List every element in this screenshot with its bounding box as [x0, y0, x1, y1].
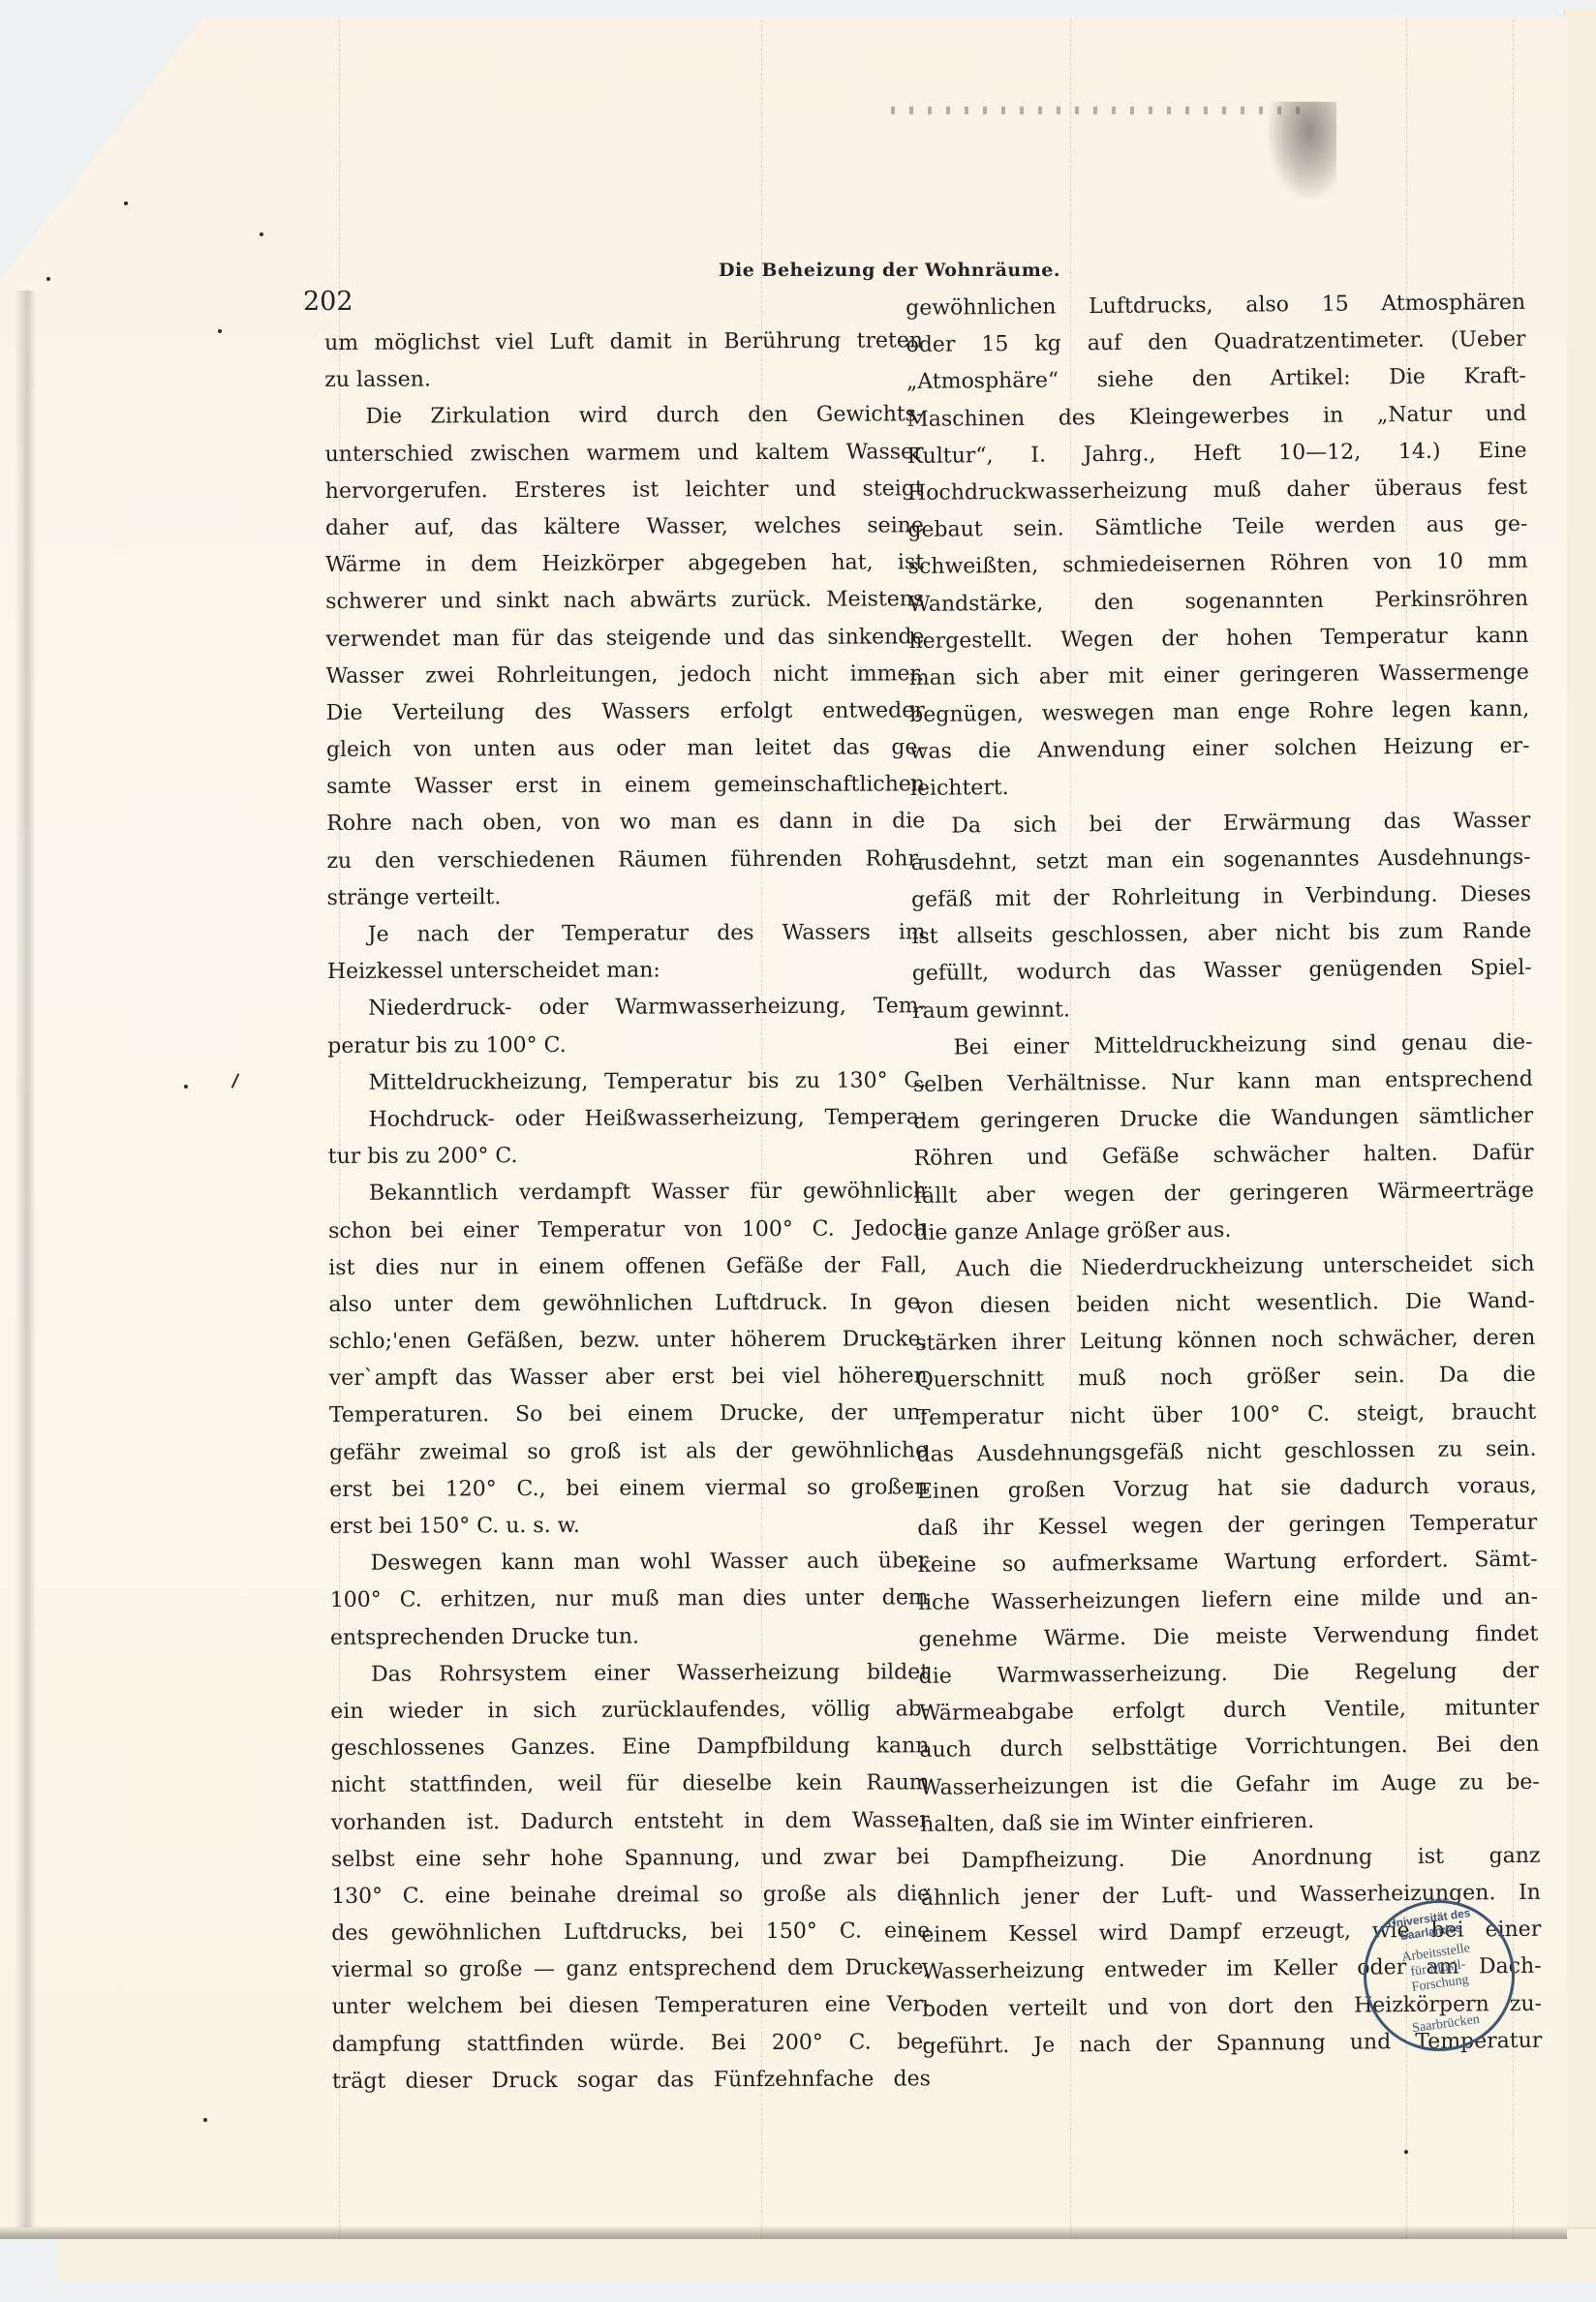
text-line: erst bei 150° C. u. s. w.: [329, 1506, 928, 1546]
text-line: raum gewinnt.: [912, 987, 1532, 1029]
text-line: ist dies nur in einem offenen Gefäße der…: [328, 1247, 927, 1287]
text-line: tur bis zu 200° C.: [328, 1136, 927, 1176]
text-line: samte Wasser erst in einem gemeinschaftl…: [326, 767, 925, 807]
text-line: erst bei 120° C., bei einem viermal so g…: [329, 1469, 928, 1509]
text-line: keine so aufmerksame Wartung erfordert. …: [917, 1542, 1537, 1584]
text-line: Wärme in dem Heizkörper abgegeben hat, i…: [325, 544, 924, 584]
text-line: vorhanden ist. Dadurch entsteht in dem W…: [331, 1802, 930, 1842]
text-line: auch durch selbsttätige Vorrichtungen. B…: [919, 1727, 1539, 1769]
text-line: halten, daß sie im Winter einfrieren.: [920, 1800, 1540, 1843]
text-line: ist allseits geschlossen, aber nicht bis…: [911, 913, 1531, 956]
text-line: Wasser zwei Rohrleitungen, jedoch nicht …: [325, 656, 924, 695]
text-line: Heizkessel unterscheidet man:: [327, 951, 926, 991]
text-line: begnügen, weswegen man enge Rohre legen …: [909, 691, 1529, 734]
text-column-left: um möglichst viel Luft damit in Berührun…: [324, 322, 931, 2101]
text-line: Niederdruck- oder Warmwasserheizung, Tem…: [327, 989, 926, 1028]
text-line: Da sich bei der Erwärmung das Wasser: [910, 802, 1530, 844]
text-line: Bei einer Mitteldruckheizung sind genau …: [912, 1025, 1532, 1067]
text-line: Auch die Niederdruckheizung unterscheide…: [915, 1246, 1535, 1289]
text-line: Die Verteilung des Wassers erfolgt entwe…: [326, 692, 925, 732]
ink-speck: [124, 201, 128, 205]
text-line: gefähr zweimal so groß ist als der gewöh…: [329, 1432, 928, 1472]
text-line: geschlossenes Ganzes. Eine Dampfbildung …: [330, 1728, 929, 1767]
text-line: Querschnitt muß noch größer sein. Da die: [916, 1357, 1536, 1399]
text-line: viermal so große — ganz entsprechend dem…: [331, 1950, 930, 1990]
page-bottom-shadow: [0, 2225, 1567, 2241]
text-line: Rohre nach oben, von wo man es dann in d…: [326, 804, 925, 844]
text-line: Wärmeabgabe erfolgt durch Ventile, mitun…: [919, 1690, 1539, 1733]
text-line: Die Zirkulation wird durch den Gewichts-: [324, 397, 923, 437]
underlying-sheet-edge-right: [1564, 10, 1596, 2237]
text-line: Wasserheizungen ist die Gefahr im Auge z…: [920, 1764, 1540, 1806]
text-line: das Ausdehnungsgefäß nicht geschlossen z…: [916, 1431, 1536, 1474]
page-edge-shadow: [15, 291, 36, 2227]
text-line: Mitteldruckheizung, Temperatur bis zu 13…: [327, 1062, 926, 1102]
text-line: entsprechenden Drucke tun.: [330, 1617, 929, 1657]
text-line: genehme Wärme. Die meiste Verwendung fin…: [918, 1616, 1538, 1659]
text-line: Maschinen des Kleingewerbes in „Natur un…: [906, 395, 1526, 438]
text-column-right: gewöhnlichen Luftdrucks, also 15 Atmosph…: [905, 285, 1543, 2066]
print-smudge-top: [891, 107, 1307, 114]
print-smudge-corner: [1269, 102, 1336, 199]
text-line: selben Verhältnisse. Nur kann man entspr…: [913, 1061, 1533, 1104]
ink-speck: [1404, 2150, 1408, 2154]
stamp-department: Arbeitsstelle für Musil- Forschung: [1384, 1939, 1492, 1999]
page-number: 202: [303, 287, 353, 317]
text-line: gebaut sein. Sämtliche Teile werden aus …: [907, 506, 1527, 549]
text-line: gewöhnlichen Luftdrucks, also 15 Atmosph…: [905, 285, 1525, 327]
text-line: was die Anwendung einer solchen Heizung …: [909, 728, 1529, 771]
ink-speck: [184, 1085, 188, 1089]
text-line: 100° C. erhitzen, nur muß man dies unter…: [330, 1581, 929, 1620]
text-line: Bekanntlich verdampft Wasser für gewöhnl…: [328, 1174, 927, 1213]
text-line: ver`ampft das Wasser aber erst bei viel …: [329, 1359, 928, 1398]
text-line: hergestellt. Wegen der hohen Temperatur …: [908, 618, 1528, 660]
text-line: unterschied zwischen warmem und kaltem W…: [324, 434, 923, 474]
text-line: ein wieder in sich zurücklaufendes, völl…: [330, 1691, 929, 1731]
text-line: 130° C. eine beinahe dreimal so große al…: [331, 1876, 930, 1916]
text-line: von diesen beiden nicht wesentlich. Die …: [915, 1283, 1535, 1326]
text-line: hervorgerufen. Ersteres ist leichter und…: [325, 471, 924, 510]
text-line: Dampfheizung. Die Anordnung ist ganz: [920, 1838, 1540, 1881]
text-line: peratur bis zu 100° C.: [327, 1026, 926, 1065]
text-line: unter welchem bei diesen Temperaturen ei…: [331, 1987, 930, 2027]
text-line: Kultur“, I. Jahrg., Heft 10—12, 14.) Ein…: [906, 433, 1526, 476]
text-line: daß ihr Kessel wegen der geringen Temper…: [917, 1505, 1537, 1548]
text-line: des gewöhnlichen Luftdrucks, bei 150° C.…: [331, 1913, 930, 1952]
text-line: oder 15 kg auf den Quadratzentimeter. (U…: [905, 322, 1525, 364]
text-line: schlo;'enen Gefäßen, bezw. unter höherem…: [328, 1321, 927, 1361]
text-line: Einen großen Vorzug hat sie dadurch vora…: [917, 1468, 1537, 1511]
running-head: Die Beheizung der Wohnräume.: [719, 260, 1060, 281]
text-line: dem geringeren Drucke die Wandungen sämt…: [913, 1098, 1533, 1141]
text-line: gleich von unten aus oder man leitet das…: [326, 729, 925, 769]
text-line: Temperatur nicht über 100° C. steigt, br…: [916, 1394, 1536, 1436]
text-line: Deswegen kann man wohl Wasser auch über: [329, 1543, 928, 1582]
ink-speck: [260, 232, 263, 236]
text-line: fällt aber wegen der geringeren Wärmeert…: [914, 1172, 1534, 1214]
text-line: selbst eine sehr hohe Spannung, und zwar…: [331, 1839, 930, 1879]
ink-speck: [218, 329, 222, 333]
text-line: schweißten, schmiedeisernen Röhren von 1…: [908, 543, 1528, 586]
text-line: zu den verschiedenen Räumen führenden Ro…: [326, 841, 925, 880]
text-line: um möglichst viel Luft damit in Berührun…: [324, 322, 923, 362]
text-line: zu lassen.: [324, 359, 923, 399]
text-line: verwendet man für das steigende und das …: [325, 619, 924, 659]
text-line: daher auf, das kältere Wasser, welches s…: [325, 507, 924, 547]
text-line: die ganze Anlage größer aus.: [914, 1210, 1534, 1252]
ink-speck: [203, 2118, 207, 2122]
text-line: schon bei einer Temperatur von 100° C. J…: [328, 1211, 927, 1250]
text-line: nicht stattfinden, weil für dieselbe kei…: [330, 1765, 929, 1805]
text-line: schwerer und sinkt nach abwärts zurück. …: [325, 582, 924, 622]
text-line: Hochdruckwasserheizung muß daher überaus…: [907, 470, 1527, 512]
text-line: ausdehnt, setzt man ein sogenanntes Ausd…: [910, 840, 1530, 882]
text-line: Temperaturen. So bei einem Drucke, der u…: [329, 1396, 928, 1435]
text-line: Hochdruck- oder Heißwasserheizung, Tempe…: [327, 1099, 926, 1139]
text-line: gefüllt, wodurch das Wasser genügenden S…: [912, 950, 1532, 993]
text-line: stärken ihrer Leitung können noch schwäc…: [915, 1320, 1535, 1363]
ink-speck: [46, 277, 50, 281]
text-line: Das Rohrsystem einer Wasserheizung bilde…: [330, 1654, 929, 1694]
text-line: stränge verteilt.: [326, 877, 925, 917]
text-line: man sich aber mit einer geringeren Wasse…: [909, 655, 1529, 697]
text-line: Je nach der Temperatur des Wassers im: [327, 914, 926, 954]
text-line: „Atmosphäre“ siehe den Artikel: Die Kraf…: [906, 358, 1526, 401]
text-line: trägt dieser Druck sogar das Fünfzehnfac…: [332, 2061, 931, 2101]
text-line: liche Wasserheizungen liefern eine milde…: [918, 1579, 1538, 1621]
text-line: also unter dem gewöhnlichen Luftdruck. I…: [328, 1284, 927, 1324]
text-line: Wandstärke, den sogenannten Perkinsröhre…: [908, 580, 1528, 623]
text-line: dampfung stattfinden würde. Bei 200° C. …: [332, 2024, 931, 2064]
text-line: gefäß mit der Rohrleitung in Verbindung.…: [911, 876, 1531, 919]
text-line: Röhren und Gefäße schwächer halten. Dafü…: [913, 1135, 1533, 1178]
text-line: die Warmwasserheizung. Die Regelung der: [919, 1653, 1539, 1696]
text-line: leichtert.: [910, 765, 1530, 808]
